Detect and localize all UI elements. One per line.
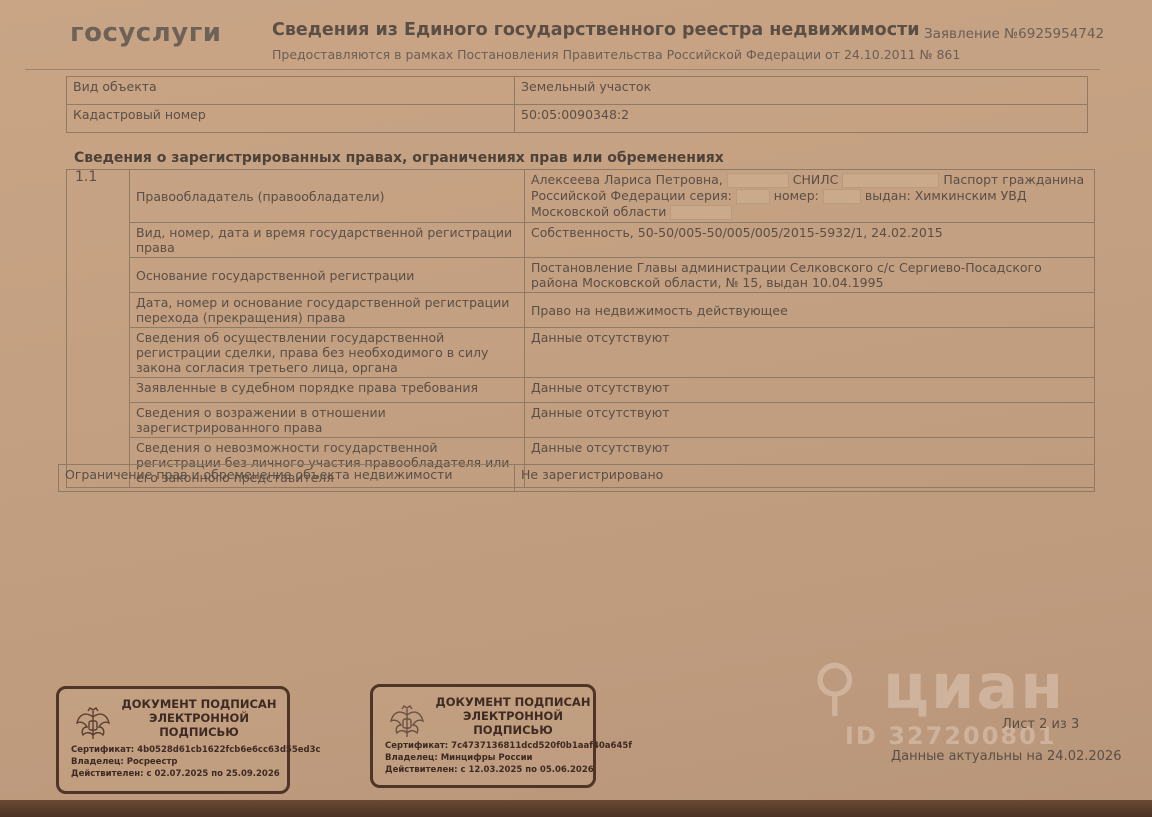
- restriction-value: Не зарегистрировано: [515, 465, 1095, 492]
- cian-watermark-logo: ⚲ циан: [812, 650, 1065, 723]
- document-subtitle: Предоставляются в рамках Постановления П…: [272, 47, 960, 62]
- coat-of-arms-icon: [73, 705, 113, 745]
- table-row: Сведения о возражении в отношении зареги…: [67, 403, 1095, 438]
- table-row: Вид объекта Земельный участок: [67, 77, 1088, 105]
- row-label: Вид, номер, дата и время государственной…: [130, 223, 525, 258]
- table-row: Дата, номер и основание государственной …: [67, 293, 1095, 328]
- signature-stamp-rosreestr: ДОКУМЕНТ ПОДПИСАН ЭЛЕКТРОННОЙ ПОДПИСЬЮ С…: [56, 686, 290, 794]
- object-table: Вид объекта Земельный участок Кадастровы…: [66, 76, 1088, 133]
- stamp-owner: Владелец: Минцифры России: [385, 753, 532, 763]
- record-number: 1.1: [67, 170, 130, 488]
- stamp-certificate: Сертификат: 7c4737136811dcd520f0b1aaf40a…: [385, 741, 632, 751]
- table-row: Основание государственной регистрации По…: [67, 258, 1095, 293]
- owner-name: Алексеева Лариса Петровна,: [531, 172, 723, 187]
- restriction-label: Ограничение прав и обременение объекта н…: [59, 465, 515, 492]
- document-page: госуслуги Сведения из Единого государств…: [0, 0, 1152, 805]
- table-row: Заявленные в судебном порядке права треб…: [67, 378, 1095, 403]
- cadastral-number-value: 50:05:0090348:2: [515, 105, 1088, 133]
- rights-table: 1.1 Правообладатель (правообладатели) Ал…: [66, 169, 1095, 488]
- cian-watermark-text: циан: [883, 650, 1065, 723]
- row-value: Постановление Главы администрации Селков…: [525, 258, 1095, 293]
- row-value: Право на недвижимость действующее: [525, 293, 1095, 328]
- snils-label: СНИЛС: [793, 172, 839, 187]
- row-label: Сведения о возражении в отношении зареги…: [130, 403, 525, 438]
- object-type-value: Земельный участок: [515, 77, 1088, 105]
- location-pin-icon: ⚲: [812, 650, 859, 723]
- header-divider: [25, 69, 1100, 70]
- signature-stamp-mincifry: ДОКУМЕНТ ПОДПИСАН ЭЛЕКТРОННОЙ ПОДПИСЬЮ С…: [370, 684, 596, 788]
- document-title: Сведения из Единого государственного рее…: [272, 20, 919, 40]
- table-row: Ограничение прав и обременение объекта н…: [59, 465, 1095, 492]
- row-label: Дата, номер и основание государственной …: [130, 293, 525, 328]
- table-surface: [0, 800, 1152, 817]
- row-value: Данные отсутствуют: [525, 328, 1095, 378]
- object-type-label: Вид объекта: [67, 77, 515, 105]
- gosuslugi-logo: госуслуги: [70, 18, 222, 48]
- table-row: Кадастровый номер 50:05:0090348:2: [67, 105, 1088, 133]
- rights-section-title: Сведения о зарегистрированных правах, ог…: [74, 150, 724, 166]
- stamp-owner: Владелец: Росреестр: [71, 757, 178, 767]
- data-actual-date: Данные актуальны на 24.02.2026: [891, 749, 1121, 764]
- row-label: Заявленные в судебном порядке права треб…: [130, 378, 525, 403]
- redacted-field: [727, 173, 789, 188]
- row-value: Собственность, 50-50/005-50/005/005/2015…: [525, 223, 1095, 258]
- restriction-table: Ограничение прав и обременение объекта н…: [58, 464, 1095, 492]
- coat-of-arms-icon: [387, 703, 427, 743]
- application-number: Заявление №6925954742: [924, 26, 1104, 42]
- passport-number-label: номер:: [774, 188, 819, 203]
- cadastral-number-label: Кадастровый номер: [67, 105, 515, 133]
- redacted-snils: [842, 173, 939, 188]
- table-row: Вид, номер, дата и время государственной…: [67, 223, 1095, 258]
- stamp-title: ДОКУМЕНТ ПОДПИСАН ЭЛЕКТРОННОЙ ПОДПИСЬЮ: [433, 695, 593, 737]
- stamp-title: ДОКУМЕНТ ПОДПИСАН ЭЛЕКТРОННОЙ ПОДПИСЬЮ: [119, 697, 279, 739]
- row-value: Данные отсутствуют: [525, 378, 1095, 403]
- owner-label: Правообладатель (правообладатели): [130, 170, 525, 223]
- table-row: Сведения об осуществлении государственно…: [67, 328, 1095, 378]
- stamp-validity: Действителен: с 02.07.2025 по 25.09.2026: [71, 769, 280, 779]
- table-row: 1.1 Правообладатель (правообладатели) Ал…: [67, 170, 1095, 223]
- row-label: Сведения об осуществлении государственно…: [130, 328, 525, 378]
- redacted-issue-date: [670, 205, 732, 220]
- row-value: Данные отсутствуют: [525, 403, 1095, 438]
- redacted-passport-number: [823, 189, 861, 204]
- owner-value: Алексеева Лариса Петровна, СНИЛС Паспорт…: [525, 170, 1095, 223]
- stamp-validity: Действителен: с 12.03.2025 по 05.06.2026: [385, 765, 594, 775]
- stamp-certificate: Сертификат: 4b0528d61cb1622fcb6e6cc63d55…: [71, 745, 321, 755]
- redacted-series: [736, 189, 770, 204]
- page-number: Лист 2 из 3: [1002, 717, 1079, 732]
- row-label: Основание государственной регистрации: [130, 258, 525, 293]
